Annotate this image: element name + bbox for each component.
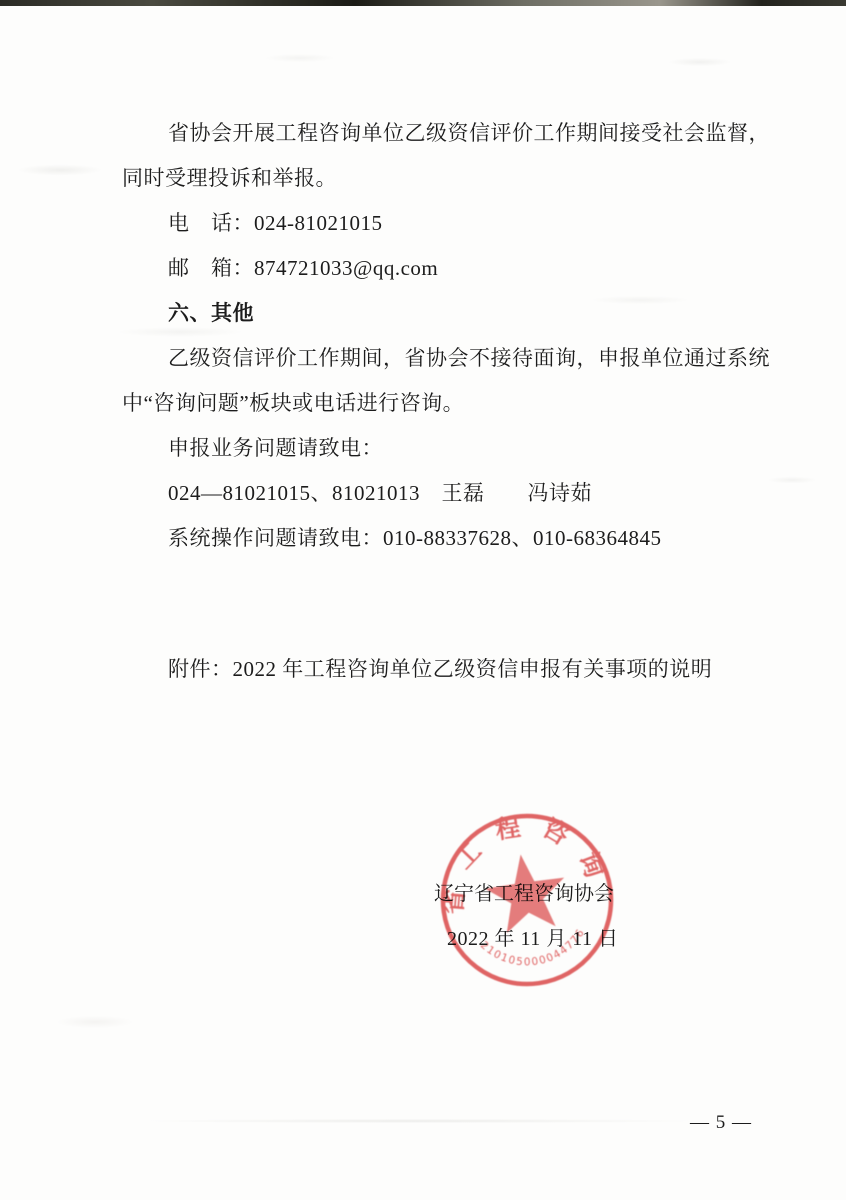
body-line: 中“咨询问题”板块或电话进行咨询。 — [122, 381, 746, 426]
document-body: 省协会开展工程咨询单位乙级资信评价工作期间接受社会监督， 同时受理投诉和举报。 … — [122, 111, 746, 692]
contact-numbers-line: 024—81021015、81021013 王磊 冯诗茹 — [122, 471, 746, 516]
official-seal-stamp: 辽宁省工程咨询协会 210105000044776 — [427, 800, 627, 1000]
page-number: — 5 — — [690, 1112, 752, 1134]
document-page: 省协会开展工程咨询单位乙级资信评价工作期间接受社会监督， 同时受理投诉和举报。 … — [0, 0, 846, 1200]
body-line: 申报业务问题请致电： — [122, 426, 746, 471]
attachment-line: 附件：2022 年工程咨询单位乙级资信申报有关事项的说明 — [122, 647, 746, 692]
body-line: 乙级资信评价工作期间，省协会不接待面询，申报单位通过系统 — [122, 336, 746, 381]
phone-line: 电 话：024-81021015 — [122, 201, 746, 246]
body-line: 省协会开展工程咨询单位乙级资信评价工作期间接受社会监督， — [122, 111, 746, 156]
scan-edge-artifact — [0, 0, 846, 6]
email-line: 邮 箱：874721033@qq.com — [122, 246, 746, 291]
section-heading-other: 六、其他 — [122, 291, 746, 336]
body-line: 同时受理投诉和举报。 — [122, 156, 746, 201]
stamp-star — [481, 849, 571, 935]
system-support-line: 系统操作问题请致电：010-88337628、010-68364845 — [122, 516, 746, 561]
vertical-gap — [122, 561, 746, 647]
